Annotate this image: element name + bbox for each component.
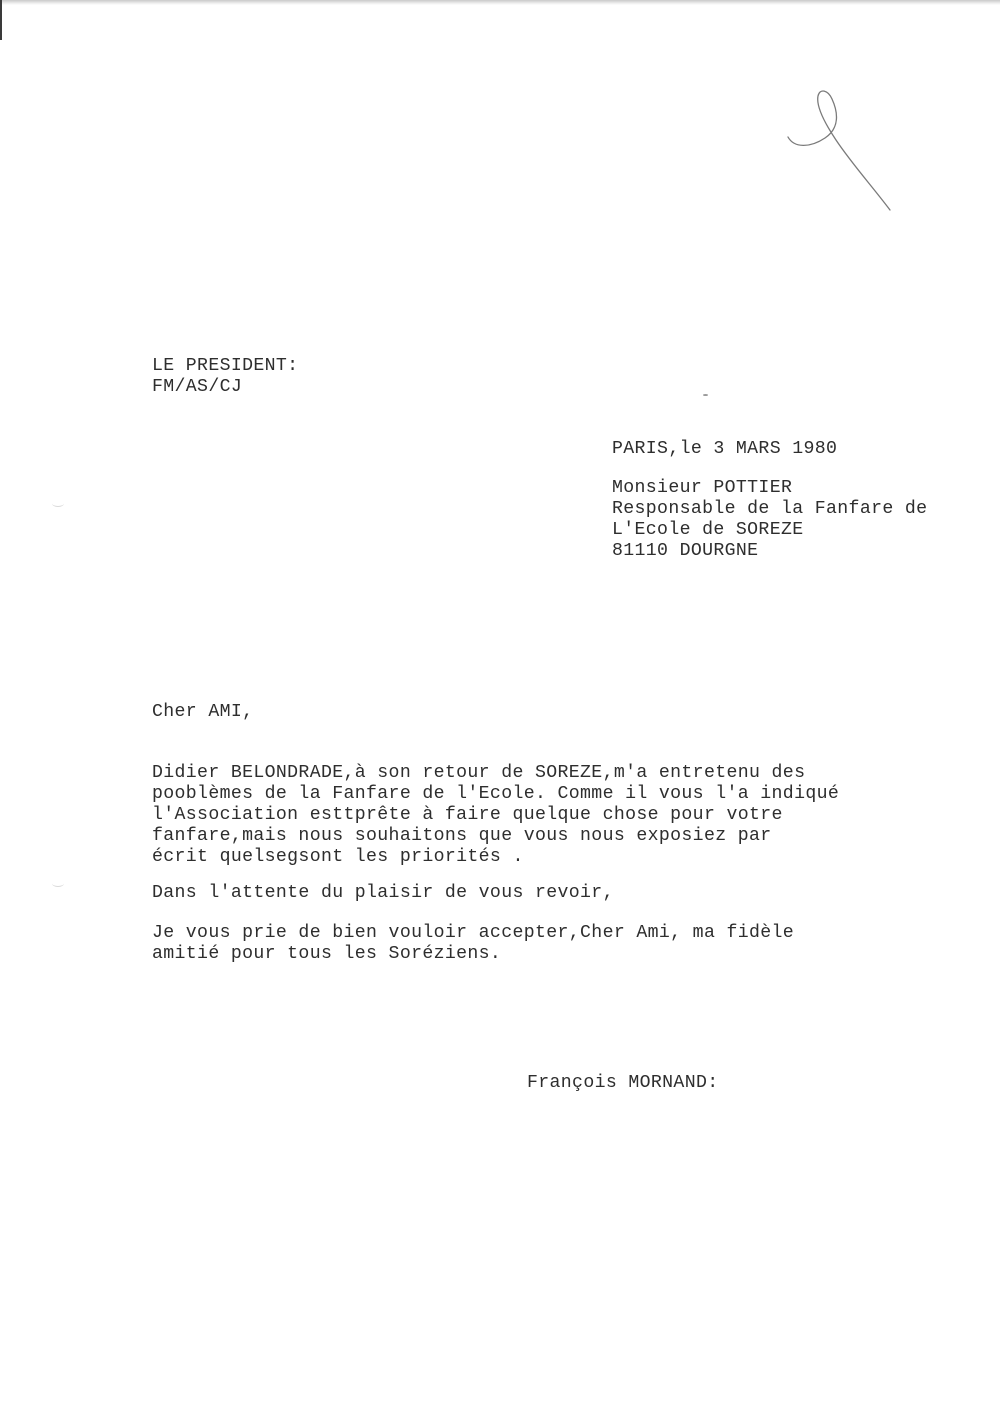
- salutation: Cher AMI,: [152, 702, 253, 723]
- body-line: l'Association esttprête à faire quelque …: [152, 805, 783, 826]
- recipient-title: Responsable de la Fanfare de: [612, 499, 927, 520]
- body-line: écrit quelsegsont les priorités .: [152, 847, 524, 868]
- signature: François MORNAND:: [527, 1073, 719, 1094]
- body-paragraph-2: Dans l'attente du plaisir de vous revoir…: [152, 883, 614, 904]
- closing-line: amitié pour tous les Soréziens.: [152, 944, 501, 965]
- closing-line: Je vous prie de bien vouloir accepter,Ch…: [152, 923, 794, 944]
- recipient-address: 81110 DOURGNE: [612, 541, 758, 562]
- body-line: Didier BELONDRADE,à son retour de SOREZE…: [152, 763, 805, 784]
- handwritten-loop-icon: [780, 82, 900, 217]
- body-line: pooblèmes de la Fanfare de l'Ecole. Comm…: [152, 784, 839, 805]
- header-title: LE PRESIDENT:: [152, 356, 298, 377]
- ink-speck: [703, 394, 708, 396]
- margin-mark: [52, 500, 64, 507]
- recipient-organization: L'Ecole de SOREZE: [612, 520, 804, 541]
- header-reference: FM/AS/CJ: [152, 377, 242, 398]
- scan-top-edge: [0, 0, 1000, 5]
- recipient-name: Monsieur POTTIER: [612, 478, 792, 499]
- margin-mark: [52, 880, 64, 887]
- letter-page: LE PRESIDENT: FM/AS/CJ PARIS,le 3 MARS 1…: [0, 0, 1000, 1413]
- date-line: PARIS,le 3 MARS 1980: [612, 439, 837, 460]
- body-line: fanfare,mais nous souhaitons que vous no…: [152, 826, 772, 847]
- scan-left-edge: [0, 0, 2, 40]
